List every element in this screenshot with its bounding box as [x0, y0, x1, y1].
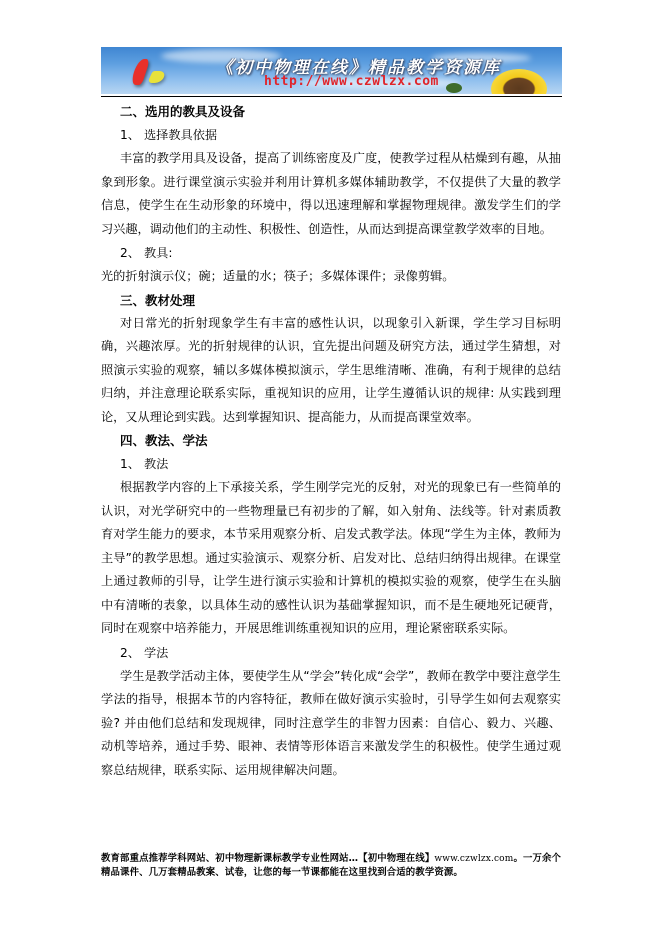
footer-site-link[interactable]: www.czwlzx.com — [434, 854, 513, 864]
subheading-teaching-method: 1、教法 — [101, 452, 561, 476]
list-number: 1、 — [120, 123, 144, 147]
subheading-label: 教法 — [144, 457, 168, 471]
paragraph-teaching-method: 根据教学内容的上下承接关系，学生刚学完光的反射，对光的现象已有一些简单的认识，对… — [101, 476, 561, 641]
footer-text: 教育部重点推荐学科网站、初中物理新课标教学专业性网站…【初中物理在线】 — [101, 853, 434, 864]
lv-logo-icon-accent — [147, 71, 167, 83]
page-footer: 教育部重点推荐学科网站、初中物理新课标教学专业性网站…【初中物理在线】www.c… — [101, 852, 563, 879]
banner-url: http://www.czwlzx.com — [264, 74, 439, 89]
list-number: 2、 — [120, 641, 144, 665]
document-body: 二、选用的教具及设备 1、选择教具依据 丰富的教学用具及设备，提高了训练密度及广… — [101, 100, 561, 782]
paragraph-equipment-basis: 丰富的教学用具及设备，提高了训练密度及广度，使教学过程从枯燥到有趣，从抽象到形象… — [101, 147, 561, 241]
site-banner: 《初中物理在线》精品教学资源库 http://www.czwlzx.com — [101, 47, 562, 94]
paragraph-learning-method: 学生是教学活动主体，要使学生从“学会”转化成“会学”，教师在教学中要注意学生学法… — [101, 665, 561, 783]
list-number: 1、 — [120, 452, 144, 476]
subheading-equipment-basis: 1、选择教具依据 — [101, 123, 561, 147]
section-heading-methods: 四、教法、学法 — [101, 429, 561, 452]
subheading-label: 选择教具依据 — [144, 128, 217, 142]
lv-logo-icon — [130, 59, 150, 85]
section-heading-equipment: 二、选用的教具及设备 — [101, 100, 561, 123]
subheading-learning-method: 2、学法 — [101, 641, 561, 665]
section-heading-material: 三、教材处理 — [101, 289, 561, 312]
list-number: 2、 — [120, 241, 144, 265]
subheading-label: 学法 — [144, 646, 168, 660]
paragraph-material: 对日常光的折射现象学生有丰富的感性认识，以现象引入新课，学生学习目标明确，兴趣浓… — [101, 312, 561, 430]
leaf-icon — [446, 83, 462, 93]
subheading-equipment: 2、教具: — [101, 241, 561, 265]
header-divider — [101, 96, 562, 97]
subheading-label: 教具: — [144, 246, 172, 260]
paragraph-equipment-list: 光的折射演示仪；碗；适量的水；筷子；多媒体课件；录像剪辑。 — [101, 265, 561, 289]
